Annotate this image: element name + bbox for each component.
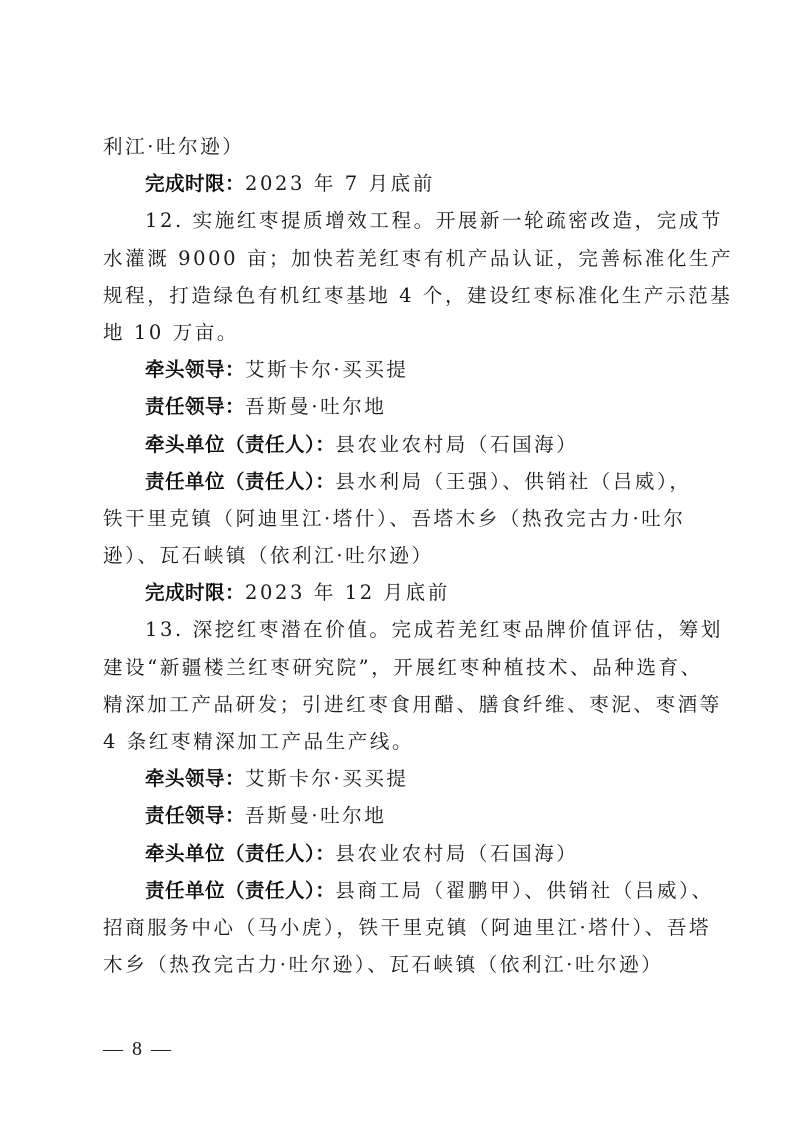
item-13-heading: 13. 深挖红枣潜在价值。完成若羌红枣品牌价值评估，筹划	[103, 611, 695, 648]
deadline-line: 完成时限：2023 年 12 月底前	[103, 574, 695, 611]
deadline-line: 完成时限：2023 年 7 月底前	[103, 165, 695, 202]
lead-leader-line: 牵头领导：艾斯卡尔·买买提	[103, 760, 695, 797]
lead-unit-value: 县农业农村局（石国海）	[335, 433, 578, 456]
deadline-value: 2023 年 12 月底前	[245, 581, 450, 604]
text-line: 水灌溉 9000 亩；加快若羌红枣有机产品认证，完善标准化生产	[103, 240, 695, 277]
lead-leader-value: 艾斯卡尔·买买提	[245, 358, 409, 381]
text-line: 精深加工产品研发；引进红枣食用醋、膳食纤维、枣泥、枣酒等	[103, 686, 695, 723]
text-line: 逊）、瓦石峡镇（依利江·吐尔逊）	[103, 537, 695, 574]
deadline-label: 完成时限：	[145, 581, 245, 604]
responsible-unit-line: 责任单位（责任人）：县水利局（王强）、供销社（吕威），	[103, 463, 695, 500]
responsible-leader-line: 责任领导：吾斯曼·吐尔地	[103, 388, 695, 425]
text-line: 规程，打造绿色有机红枣基地 4 个，建设红枣标准化生产示范基	[103, 277, 695, 314]
lead-unit-value: 县农业农村局（石国海）	[335, 842, 578, 865]
deadline-value: 2023 年 7 月底前	[245, 172, 435, 195]
responsible-leader-label: 责任领导：	[145, 395, 245, 418]
responsible-unit-value: 县水利局（王强）、供销社（吕威），	[335, 470, 691, 493]
responsible-unit-label: 责任单位（责任人）：	[145, 879, 335, 902]
responsible-leader-line: 责任领导：吾斯曼·吐尔地	[103, 797, 695, 834]
deadline-label: 完成时限：	[145, 172, 245, 195]
text-line: 地 10 万亩。	[103, 314, 695, 351]
lead-unit-label: 牵头单位（责任人）：	[145, 433, 335, 456]
responsible-leader-value: 吾斯曼·吐尔地	[245, 395, 386, 418]
lead-unit-line: 牵头单位（责任人）：县农业农村局（石国海）	[103, 835, 695, 872]
lead-leader-label: 牵头领导：	[145, 767, 245, 790]
responsible-unit-value: 县商工局（翟鹏甲）、供销社（吕威）、	[335, 879, 713, 902]
lead-unit-label: 牵头单位（责任人）：	[145, 842, 335, 865]
document-page: 利江·吐尔逊） 完成时限：2023 年 7 月底前 12. 实施红枣提质增效工程…	[103, 128, 695, 983]
page-number: — 8 —	[103, 1038, 173, 1061]
lead-leader-line: 牵头领导：艾斯卡尔·买买提	[103, 351, 695, 388]
item-12-heading: 12. 实施红枣提质增效工程。开展新一轮疏密改造，完成节	[103, 202, 695, 239]
text-line: 铁干里克镇（阿迪里江·塔什）、吾塔木乡（热孜完古力·吐尔	[103, 500, 695, 537]
text-line: 建设“新疆楼兰红枣研究院”，开展红枣种植技术、品种选育、	[103, 649, 695, 686]
text-line: 4 条红枣精深加工产品生产线。	[103, 723, 695, 760]
text-line: 利江·吐尔逊）	[103, 128, 695, 165]
text-line: 招商服务中心（马小虎），铁干里克镇（阿迪里江·塔什）、吾塔	[103, 909, 695, 946]
responsible-leader-value: 吾斯曼·吐尔地	[245, 804, 386, 827]
lead-leader-value: 艾斯卡尔·买买提	[245, 767, 409, 790]
responsible-unit-line: 责任单位（责任人）：县商工局（翟鹏甲）、供销社（吕威）、	[103, 872, 695, 909]
responsible-unit-label: 责任单位（责任人）：	[145, 470, 335, 493]
lead-unit-line: 牵头单位（责任人）：县农业农村局（石国海）	[103, 426, 695, 463]
text-line: 木乡（热孜完古力·吐尔逊）、瓦石峡镇（依利江·吐尔逊）	[103, 946, 695, 983]
responsible-leader-label: 责任领导：	[145, 804, 245, 827]
lead-leader-label: 牵头领导：	[145, 358, 245, 381]
